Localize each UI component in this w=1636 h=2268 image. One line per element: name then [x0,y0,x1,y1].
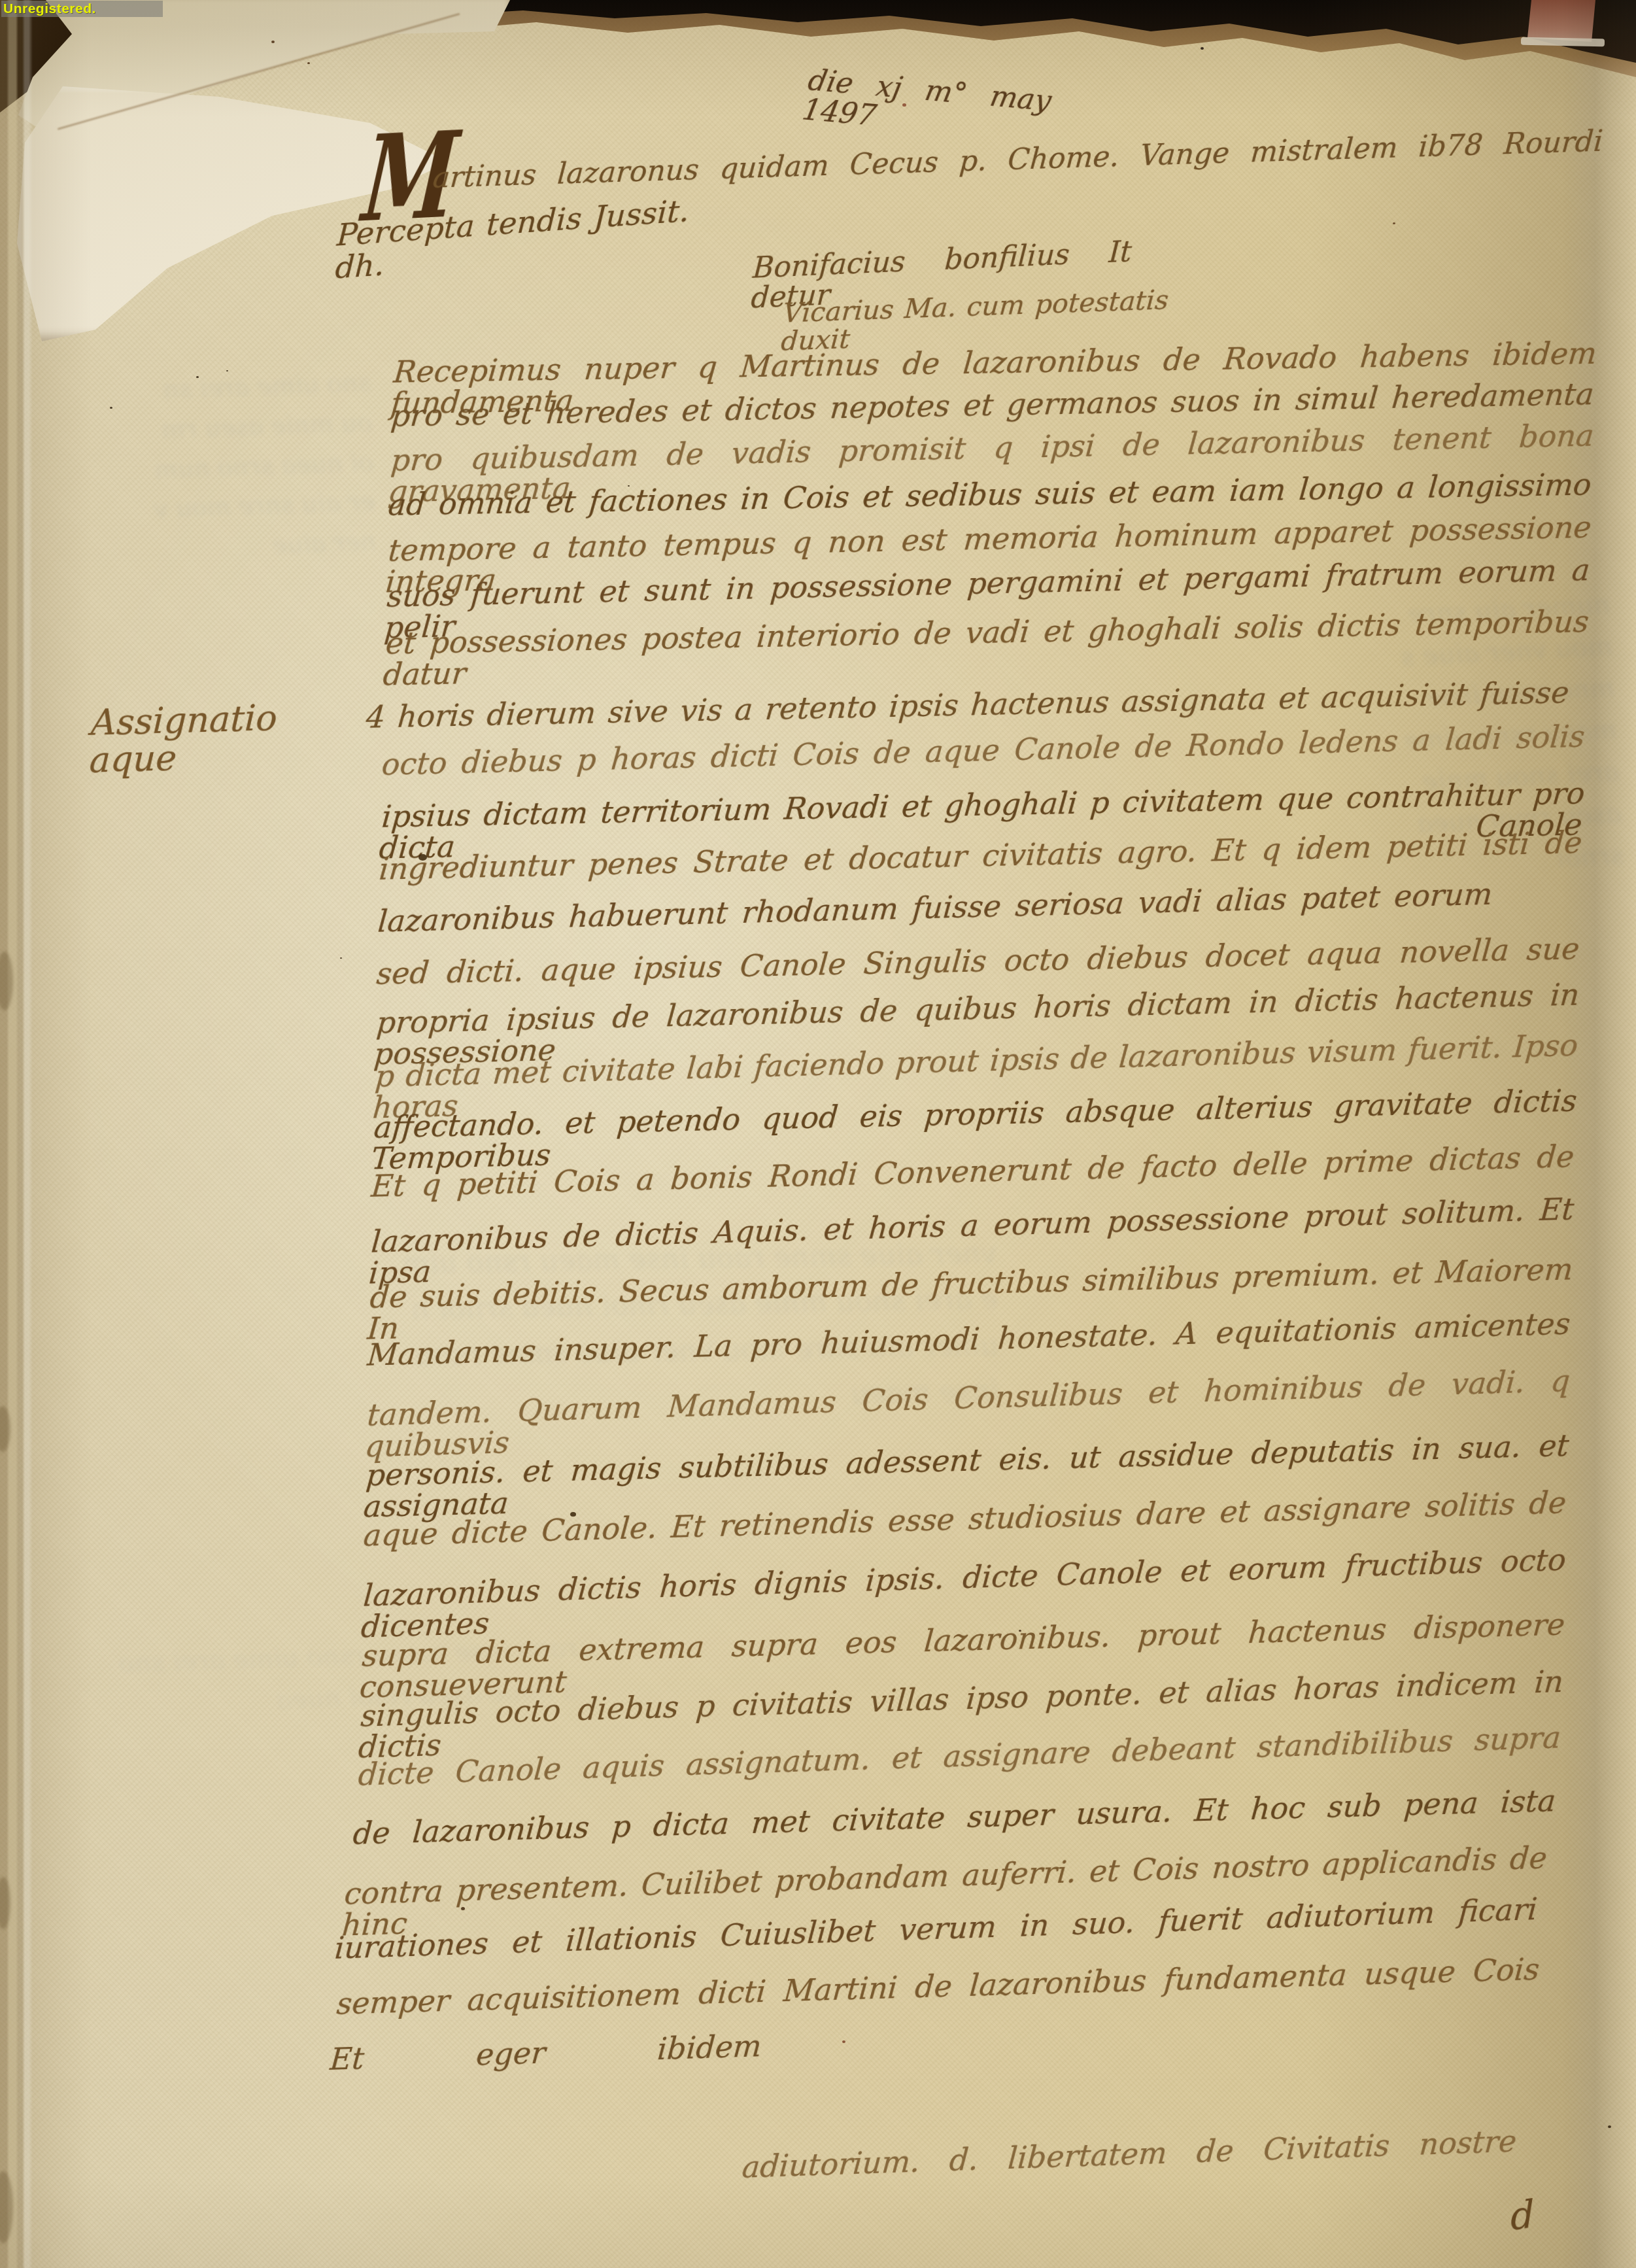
ink-speck [628,485,630,487]
manuscript-line: lazaronibus habuerunt rhodanum fuisse se… [377,878,1493,938]
ink-speck [271,41,275,43]
unregistered-watermark: Unregistered. [1,1,163,17]
ink-speck [226,370,228,371]
manuscript-line: semper acquisitionem dicti Martini de la… [335,1953,1541,2019]
manuscript-line: adiutorium. d. libertatem de Civitatis n… [741,2125,1518,2184]
ink-speck [1019,1630,1021,1632]
ink-speck [1393,222,1395,224]
ink-speck [461,1907,465,1910]
manuscript-line: d [1510,2189,1569,2237]
margin-note-assignatio-aque: Assignatio aque [89,697,375,780]
ink-speck [307,62,310,64]
ink-speck [110,407,112,409]
show-through-ghost: sno uime arei snou mnie aseu rmoi nuea s… [148,362,382,710]
ink-speck [902,103,906,107]
heading-date: die xj m° may 1497 [800,66,1053,147]
ink-speck [570,1512,576,1517]
ink-speck [340,957,342,959]
binding-corner-fragment [1527,0,1595,42]
manuscript-line: de lazaronibus p dicta met civitate supe… [352,1785,1557,1849]
manuscript-page-scan: numer aiu snre mou vner aiue smne raou i… [0,0,1636,2268]
ink-speck [842,2040,845,2043]
ink-speck [1201,47,1204,50]
ink-speck [196,376,199,378]
ink-speck [1608,2125,1611,2128]
ink-speck [418,854,427,861]
manuscript-line: Et eger ibidem [329,2030,762,2075]
